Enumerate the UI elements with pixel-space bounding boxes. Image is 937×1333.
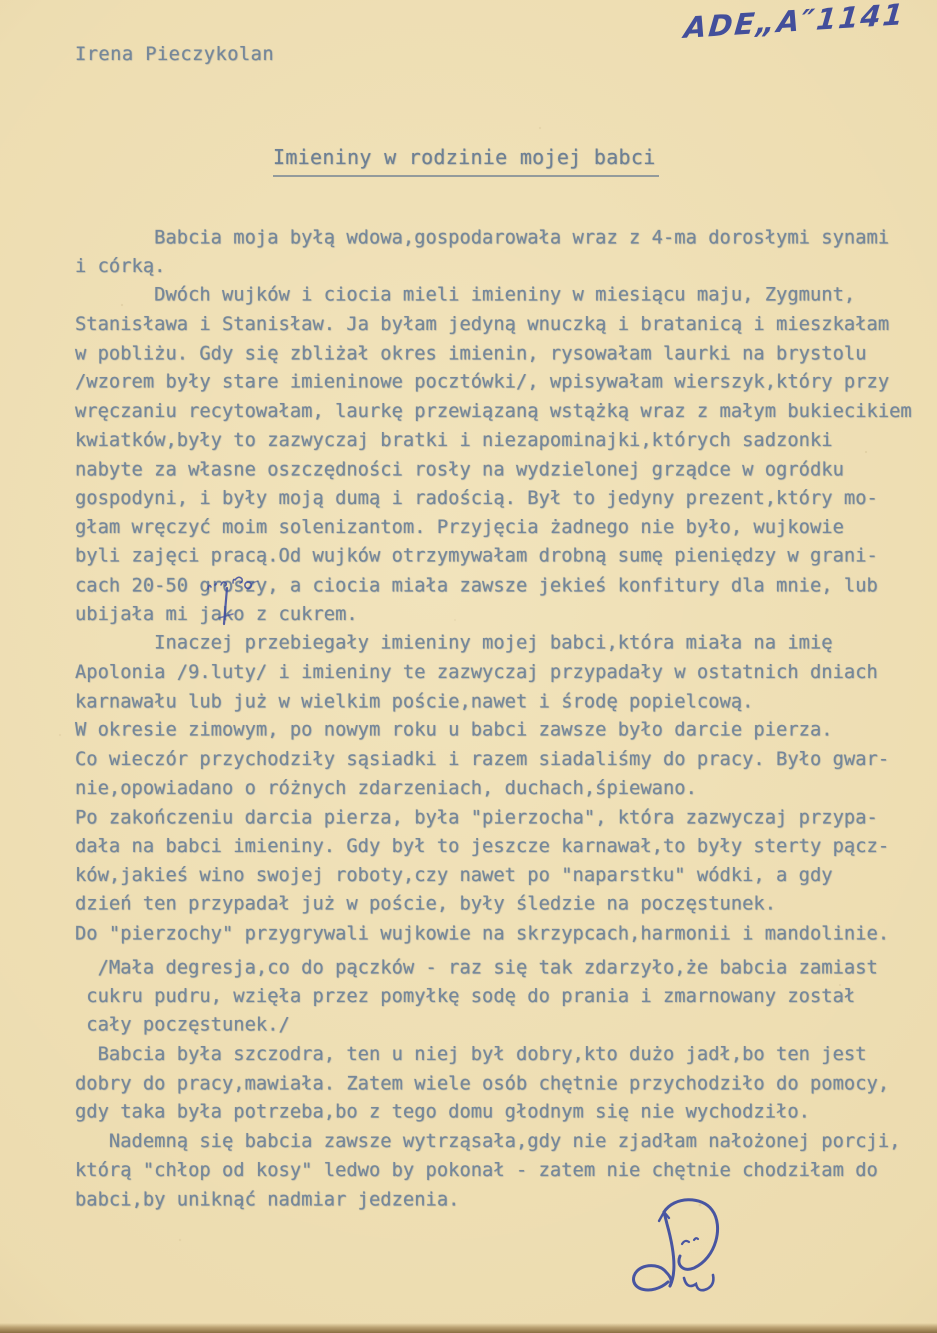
typed-line: nie,opowiadano o różnych zdarzeniach, du… bbox=[75, 774, 912, 803]
typed-line: /Mała degresja,co do pączków - raz się t… bbox=[75, 953, 900, 982]
typed-line: głam wręczyć moim solenizantom. Przyjęci… bbox=[75, 513, 912, 542]
typed-line: /wzorem były stare imieninowe pocztówki/… bbox=[75, 368, 912, 397]
typed-line: karnawału lub już w wielkim poście,nawet… bbox=[75, 687, 912, 716]
typed-line: wręczaniu recytowałam, laurkę przewiązan… bbox=[75, 397, 912, 426]
typed-line: kwiatków,były to zazwyczaj bratki i niez… bbox=[75, 426, 912, 455]
typed-body-block-2: /Mała degresja,co do pączków - raz się t… bbox=[75, 953, 900, 1214]
typed-line: ków,jakieś wino swojej roboty,czy nawet … bbox=[75, 861, 912, 890]
typed-line: którą "chłop od kosy" ledwo by pokonał -… bbox=[75, 1156, 900, 1185]
typed-line: Do "pierzochy" przygrywali wujkowie na s… bbox=[75, 919, 912, 948]
typed-line: cukru pudru, wzięła przez pomyłkę sodę d… bbox=[75, 982, 900, 1011]
typed-line: Po zakończeniu darcia pierza, była "pier… bbox=[75, 803, 912, 832]
typed-line: Babcia moja byłą wdowa,gospodarowała wra… bbox=[75, 223, 912, 252]
typed-line: byli zajęci pracą.Od wujków otrzymywałam… bbox=[75, 542, 912, 571]
typed-line: Nademną się babcia zawsze wytrząsała,gdy… bbox=[75, 1127, 900, 1156]
typed-line: Babcia była szczodra, ten u niej był dob… bbox=[75, 1040, 900, 1069]
handwritten-archive-code: ADE„A″1141 bbox=[683, 0, 907, 45]
typed-line: dobry do pracy,mawiała. Zatem wiele osób… bbox=[75, 1069, 900, 1098]
document-title: Imieniny w rodzinie mojej babci bbox=[273, 145, 659, 177]
scan-edge bbox=[0, 1323, 937, 1333]
typed-line: dzień ten przypadał już w poście, były ś… bbox=[75, 890, 912, 919]
typed-line: w pobliżu. Gdy się zbliżał okres imienin… bbox=[75, 339, 912, 368]
typed-line: gdy taka była potrzeba,bo z tego domu gł… bbox=[75, 1098, 900, 1127]
typed-line: nabyte za własne oszczędności rosły na w… bbox=[75, 455, 912, 484]
handwritten-correction-mark bbox=[200, 576, 280, 634]
typed-line: W okresie zimowym, po nowym roku u babci… bbox=[75, 716, 912, 745]
signature-scribble bbox=[622, 1198, 762, 1308]
title-row: Imieniny w rodzinie mojej babci bbox=[273, 145, 659, 177]
typed-line: i córką. bbox=[75, 252, 912, 281]
typed-line: Dwóch wujków i ciocia mieli imieniny w m… bbox=[75, 281, 912, 310]
typed-line: gospodyni, i były moją dumą i radością. … bbox=[75, 484, 912, 513]
typed-line: dała na babci imieniny. Gdy był to jeszc… bbox=[75, 832, 912, 861]
typed-line: cały poczęstunek./ bbox=[75, 1011, 900, 1040]
scanned-document-page: Irena Pieczykolan ADE„A″1141 Imieniny w … bbox=[0, 0, 937, 1333]
author-name: Irena Pieczykolan bbox=[75, 44, 274, 65]
typed-line: Co wieczór przychodziły sąsiadki i razem… bbox=[75, 745, 912, 774]
typed-line: Stanisława i Stanisław. Ja byłam jedyną … bbox=[75, 310, 912, 339]
typed-line: babci,by uniknąć nadmiar jedzenia. bbox=[75, 1185, 900, 1214]
typed-line: Apolonia /9.luty/ i imieniny te zazwycza… bbox=[75, 658, 912, 687]
